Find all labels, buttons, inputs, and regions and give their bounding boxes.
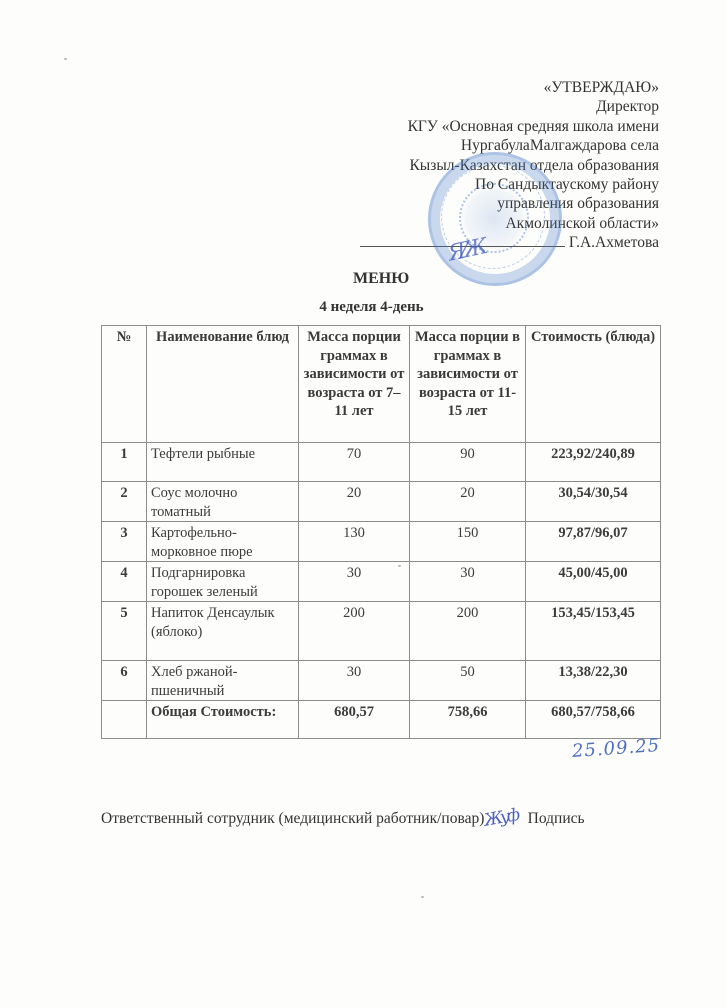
document-subtitle: 4 неделя 4-день — [0, 299, 727, 316]
cell-cost: 153,45/153,45 — [526, 602, 661, 661]
header-name: Наименование блюд — [147, 326, 299, 443]
cell-name: Хлеб ржаной-пшеничный — [147, 661, 299, 701]
approval-line: Директор — [360, 97, 659, 116]
signatory-name: Г.А.Ахметова — [569, 234, 659, 251]
table-row: 5 Напиток Денсаулык (яблоко) 200 200 153… — [102, 602, 661, 661]
header-num: № — [102, 326, 147, 443]
menu-table: № Наименование блюд Масса порции граммах… — [101, 325, 661, 739]
cell-mass-11-15: 90 — [410, 443, 526, 482]
table-header-row: № Наименование блюд Масса порции граммах… — [102, 326, 661, 443]
cell-mass-11-15: 20 — [410, 482, 526, 522]
cell-name: Картофельно-морковное пюре — [147, 522, 299, 562]
cell-num: 4 — [102, 562, 147, 602]
total-cost: 680,57/758,66 — [526, 701, 661, 739]
table-row: 3 Картофельно-морковное пюре 130 150 97,… — [102, 522, 661, 562]
cell-num: 6 — [102, 661, 147, 701]
cell-mass-7-11: 130 — [299, 522, 410, 562]
title-text: МЕНЮ — [353, 270, 409, 288]
cell-mass-11-15: 30 — [410, 562, 526, 602]
cell-cost: 223,92/240,89 — [526, 443, 661, 482]
cell-cost: 45,00/45,00 — [526, 562, 661, 602]
handwritten-date: 25.09.25 — [571, 735, 660, 762]
signature-label: Подпись — [528, 810, 585, 827]
approval-line: КГУ «Основная средняя школа имени — [360, 117, 659, 136]
cell-cost: 97,87/96,07 — [526, 522, 661, 562]
cell-mass-7-11: 200 — [299, 602, 410, 661]
cook-signature-icon: Жуф — [483, 805, 519, 830]
approval-line: По Сандыктаускому району — [360, 175, 659, 194]
approval-text: «УТВЕРЖДАЮ» Директор КГУ «Основная средн… — [360, 78, 659, 253]
cell-name: Соус молочно томатный — [147, 482, 299, 522]
cell-mass-7-11: 30 — [299, 562, 410, 602]
header-cost: Стоимость (блюда) — [526, 326, 661, 443]
cell-num: 3 — [102, 522, 147, 562]
signatory-line: Г.А.Ахметова — [360, 233, 659, 252]
total-mass-11-15: 758,66 — [410, 701, 526, 739]
responsible-line: Ответственный сотрудник (медицинский раб… — [101, 808, 585, 828]
header-mass-11-15: Масса порции в граммах в зависимости от … — [410, 326, 526, 443]
approval-line: НургабулаМалгаждарова села — [360, 136, 659, 155]
total-mass-7-11: 680,57 — [299, 701, 410, 739]
scan-speck — [421, 896, 424, 898]
cell-cost: 30,54/30,54 — [526, 482, 661, 522]
approval-line: Кызыл-Казахстан отдела образования — [360, 156, 659, 175]
scan-speck — [64, 58, 67, 60]
cell-num: 1 — [102, 443, 147, 482]
cell-mass-7-11: 20 — [299, 482, 410, 522]
table-row: 4 Подгарнировка горошек зеленый 30 30 45… — [102, 562, 661, 602]
cell-num-empty — [102, 701, 147, 739]
cell-cost: 13,38/22,30 — [526, 661, 661, 701]
cell-mass-11-15: 200 — [410, 602, 526, 661]
header-mass-7-11: Масса порции граммах в зависимости от во… — [299, 326, 410, 443]
scan-speck — [398, 565, 401, 567]
approval-line: Акмолинской области» — [360, 214, 659, 233]
cell-mass-7-11: 70 — [299, 443, 410, 482]
approval-line: управления образования — [360, 194, 659, 213]
cell-num: 2 — [102, 482, 147, 522]
cell-mass-11-15: 50 — [410, 661, 526, 701]
cell-mass-11-15: 150 — [410, 522, 526, 562]
cell-name: Тефтели рыбные — [147, 443, 299, 482]
total-label: Общая Стоимость: — [147, 701, 299, 739]
cell-num: 5 — [102, 602, 147, 661]
table-row: 6 Хлеб ржаной-пшеничный 30 50 13,38/22,3… — [102, 661, 661, 701]
table-row: 2 Соус молочно томатный 20 20 30,54/30,5… — [102, 482, 661, 522]
table-row: 1 Тефтели рыбные 70 90 223,92/240,89 — [102, 443, 661, 482]
cell-name: Напиток Денсаулык (яблоко) — [147, 602, 299, 661]
cell-name: Подгарнировка горошек зеленый — [147, 562, 299, 602]
table-total-row: Общая Стоимость: 680,57 758,66 680,57/75… — [102, 701, 661, 739]
cell-mass-7-11: 30 — [299, 661, 410, 701]
approval-heading: «УТВЕРЖДАЮ» — [360, 78, 659, 97]
responsible-label: Ответственный сотрудник (медицинский раб… — [101, 810, 484, 827]
